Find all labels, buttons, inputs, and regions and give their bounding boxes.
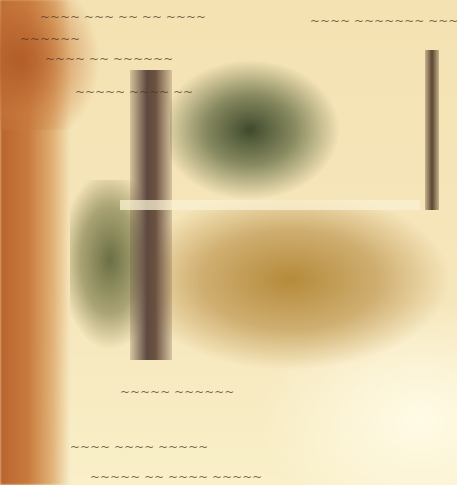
script-line: ~~~~ ~~~ ~~ ~~ ~~~~ (40, 10, 206, 24)
etching-artwork: ~~~~ ~~~ ~~ ~~ ~~~~ ~~~~~~ ~~~~ ~~ ~~~~~… (0, 0, 457, 485)
horizontal-light-band (120, 200, 420, 210)
ochre-scribble (150, 200, 457, 370)
script-line: ~~~~ ~~~~ ~~~~~ (70, 440, 208, 454)
script-line: ~~~~ ~~~~~~~ ~~~~ (310, 14, 457, 28)
script-line: ~~~~~ ~~~~ ~~ (75, 85, 193, 99)
script-line: ~~~~~ ~~ ~~~~ ~~~~~ (90, 470, 262, 484)
script-line: ~~~~ ~~ ~~~~~~ (45, 52, 173, 66)
vertical-right-band (425, 50, 439, 210)
vertical-dark-band (130, 70, 172, 360)
script-line: ~~~~~ ~~~~~~ (120, 385, 234, 399)
dark-green-scribble (170, 60, 350, 200)
script-line: ~~~~~~ (20, 32, 80, 46)
